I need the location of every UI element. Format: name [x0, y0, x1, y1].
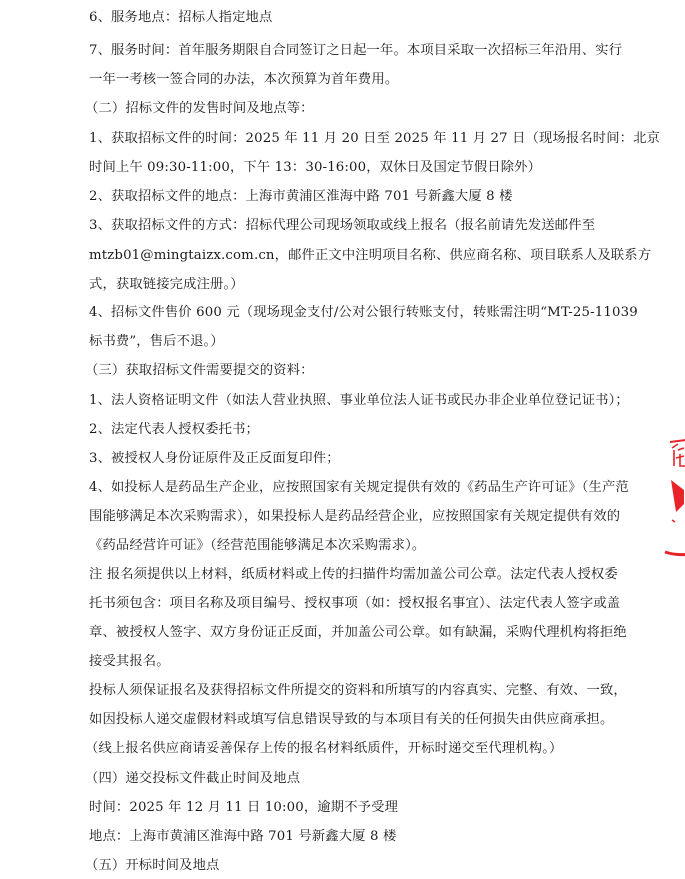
- item-service-time-cont: 一年一考核一签合同的办法，本次预算为首年费用。: [89, 71, 398, 89]
- note-paragraph-cont-2: 章、被授权人签字、双方身份证正反面，并加盖公司公章。如有缺漏，采购代理机构将拒绝: [89, 624, 627, 642]
- deadline-location: 地点：上海市黄浦区淮海中路 701 号新鑫大厦 8 楼: [89, 828, 396, 846]
- item-doc-time-cont: 时间上午 09:30-11:00，下午 13：30-16:00，双休日及国定节假…: [89, 159, 541, 177]
- item-legal-cert: 1、法人资格证明文件（如法人营业执照、事业单位法人证书或民办非企业单位登记证书）…: [89, 392, 629, 410]
- item-authorization: 2、法定代表人授权委托书；: [89, 421, 259, 439]
- document-page: 6、服务地点：招标人指定地点 7、服务时间：首年服务期限自合同签订之日起一年。本…: [0, 0, 685, 879]
- note-paragraph: 注 报名须提供以上材料，纸质材料或上传的扫描件均需加盖公司公章。法定代表人授权委: [89, 566, 618, 584]
- item-license-cont-2: 《药品经营许可证》（经营范围能够满足本次采购需求）。: [89, 537, 425, 555]
- item-doc-price: 4、招标文件售价 600 元（现场现金支付/公对公银行转账支付，转账需注明“MT…: [89, 304, 638, 322]
- note-paragraph-cont-3: 接受其报名。: [89, 653, 170, 671]
- note-paragraph-cont-1: 托书须包含：项目名称及项目编号、授权事项（如：授权报名事宜）、法定代表人签字或盖: [89, 595, 620, 613]
- item-license: 4、如投标人是药品生产企业，应按照国家有关规定提供有效的《药品生产许可证》（生产…: [89, 479, 629, 497]
- red-seal-stamp-icon: [662, 420, 685, 570]
- section-heading-3: （三）获取招标文件需要提交的资料：: [85, 362, 314, 380]
- item-service-location: 6、服务地点：招标人指定地点: [89, 9, 272, 27]
- section-heading-5: （五）开标时间及地点: [85, 857, 219, 875]
- item-doc-location: 2、获取招标文件的地点：上海市黄浦区淮海中路 701 号新鑫大厦 8 楼: [89, 188, 513, 206]
- item-service-time: 7、服务时间：首年服务期限自合同签订之日起一年。本项目采取一次招标三年沿用、实行: [89, 42, 622, 60]
- item-id-copy: 3、被授权人身份证原件及正反面复印件；: [89, 450, 340, 468]
- item-doc-time: 1、获取招标文件的时间：2025 年 11 月 20 日至 2025 年 11 …: [89, 130, 660, 148]
- item-doc-method-email: mtzb01@mingtaizx.com.cn，邮件正文中注明项目名称、供应商名…: [89, 247, 651, 265]
- online-note: （线上报名供应商请妥善保存上传的报名材料纸质件，开标时递交至代理机构。）: [85, 740, 562, 758]
- section-heading-4: （四）递交投标文件截止时间及地点: [85, 770, 300, 788]
- guarantee-paragraph: 投标人须保证报名及获得招标文件所提交的资料和所填写的内容真实、完整、有效、一致，: [89, 682, 627, 700]
- item-doc-price-cont: 标书费”，售后不退。）: [89, 333, 224, 351]
- guarantee-paragraph-cont: 如因投标人递交虚假材料或填写信息错误导致的与本项目有关的任何损失由供应商承担。: [89, 711, 613, 729]
- item-doc-method: 3、获取招标文件的方式：招标代理公司现场领取或线上报名（报名前请先发送邮件至: [89, 217, 595, 235]
- item-license-cont-1: 围能够满足本次采购需求），如果投标人是药品经营企业，应按照国家有关规定提供有效的: [89, 508, 620, 526]
- item-doc-method-cont: 式，获取链接完成注册。）: [89, 276, 244, 294]
- deadline-time: 时间：2025 年 12 月 11 日 10:00，逾期不予受理: [89, 799, 398, 817]
- section-heading-2: （二）招标文件的发售时间及地点等：: [85, 100, 314, 118]
